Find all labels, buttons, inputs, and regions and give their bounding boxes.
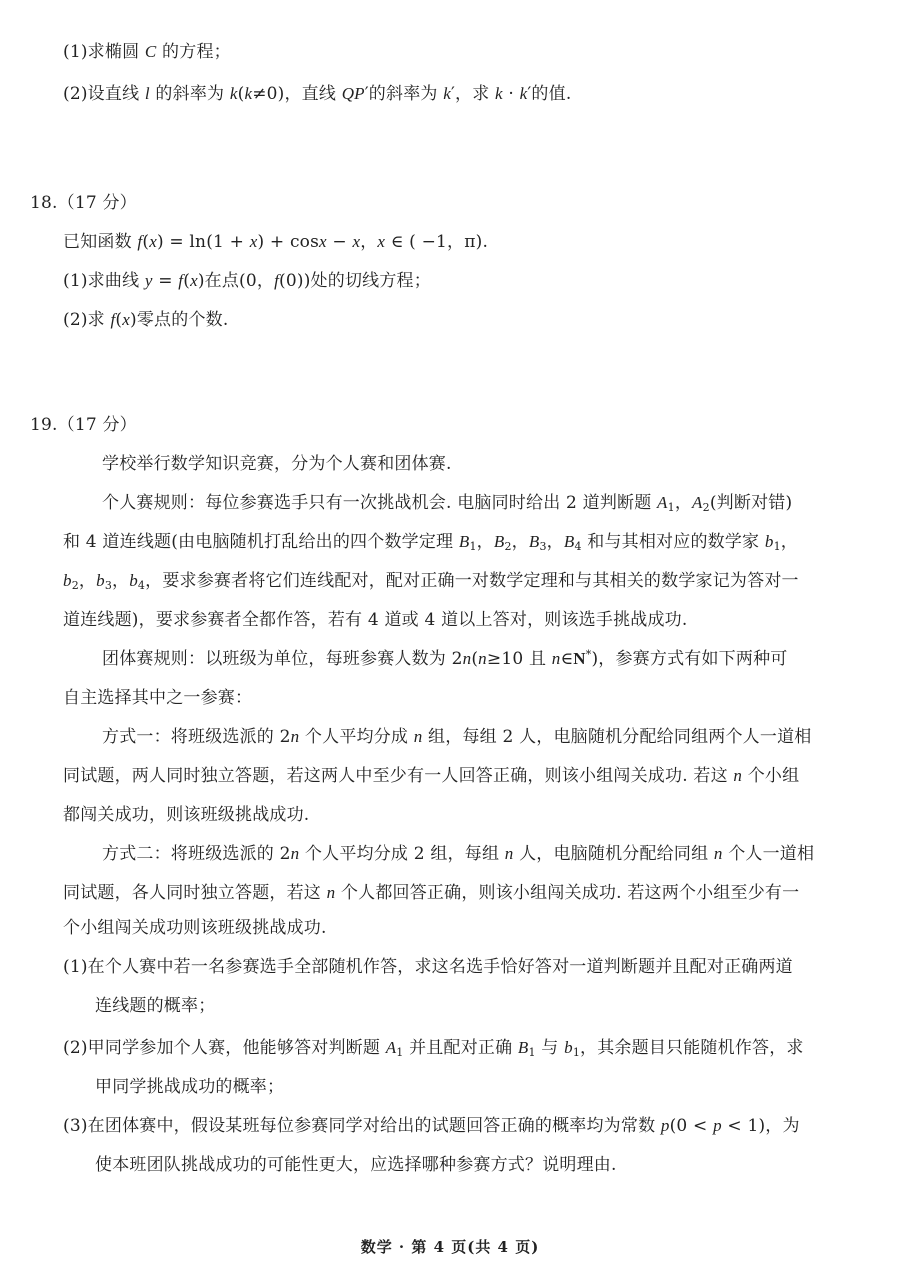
q18-stem: 已知函数 f(x) = ln(1 + x) + cosx − x，x ∈ ( −… (63, 230, 488, 254)
q19-individual-rules-line4: 道连线题)，要求参赛者全都作答，若有 4 道或 4 道以上答对，则该选手挑战成功… (63, 608, 687, 632)
q19-intro: 学校举行数学知识竞赛，分为个人赛和团体赛. (102, 452, 452, 476)
q19-individual-rules-line3: b2，b3，b4，要求参赛者将它们连线配对，配对正确一对数学定理和与其相关的数学… (63, 569, 799, 593)
q19-part-2-line1: (2)甲同学参加个人赛，他能够答对判断题 A1 并且配对正确 B1 与 b1，其… (63, 1036, 804, 1060)
q19-part-2-line2: 甲同学挑战成功的概率； (95, 1075, 284, 1099)
q19-mode1-line1: 方式一：将班级选派的 2n 个人平均分成 n 组，每组 2 人，电脑随机分配给同… (102, 725, 811, 749)
q19-part-3-line1: (3)在团体赛中，假设某班每位参赛同学对给出的试题回答正确的概率均为常数 p(0… (63, 1114, 800, 1138)
q19-team-rules-line1: 团体赛规则：以班级为单位，每班参赛人数为 2n(n≥10 且 n∈N*)，参赛方… (102, 647, 788, 671)
q19-part-1-line1: (1)在个人赛中若一名参赛选手全部随机作答，求这名选手恰好答对一道判断题并且配对… (63, 955, 793, 979)
q19-mode1-line3: 都闯关成功，则该班级挑战成功. (63, 803, 309, 827)
q19-individual-rules-line2: 和 4 道连线题(由电脑随机打乱给出的四个数学定理 B1，B2，B3，B4 和与… (63, 530, 798, 554)
q19-mode2-line2: 同试题，各人同时独立答题，若这 n 个人都回答正确，则该小组闯关成功. 若这两个… (63, 881, 799, 905)
q19-part-1-line2: 连线题的概率； (95, 994, 215, 1018)
q19-mode2-line3: 个小组闯关成功则该班级挑战成功. (63, 916, 327, 940)
q19-header: 19.（17 分） (30, 413, 137, 437)
q18-header: 18.（17 分） (30, 191, 137, 215)
q19-individual-rules-line1: 个人赛规则：每位参赛选手只有一次挑战机会. 电脑同时给出 2 道判断题 A1，A… (102, 491, 792, 515)
q19-part-3-line2: 使本班团队挑战成功的可能性更大，应选择哪种参赛方式？说明理由. (95, 1153, 617, 1177)
q19-mode2-line1: 方式二：将班级选派的 2n 个人平均分成 2 组，每组 n 人，电脑随机分配给同… (102, 842, 814, 866)
page-footer: 数学 · 第 4 页(共 4 页) (0, 1236, 900, 1257)
q17-part-2: (2)设直线 l 的斜率为 k(k≠0)，直线 QP′的斜率为 k′，求 k ·… (63, 82, 571, 106)
q18-part-1: (1)求曲线 y = f(x)在点(0，f(0))处的切线方程； (63, 269, 431, 293)
q19-team-rules-line2: 自主选择其中之一参赛： (63, 686, 252, 710)
q18-part-2: (2)求 f(x)零点的个数. (63, 308, 228, 332)
q17-part-1: (1)求椭圆 C 的方程； (63, 40, 231, 64)
q19-mode1-line2: 同试题，两人同时独立答题，若这两人中至少有一人回答正确，则该小组闯关成功. 若这… (63, 764, 799, 788)
